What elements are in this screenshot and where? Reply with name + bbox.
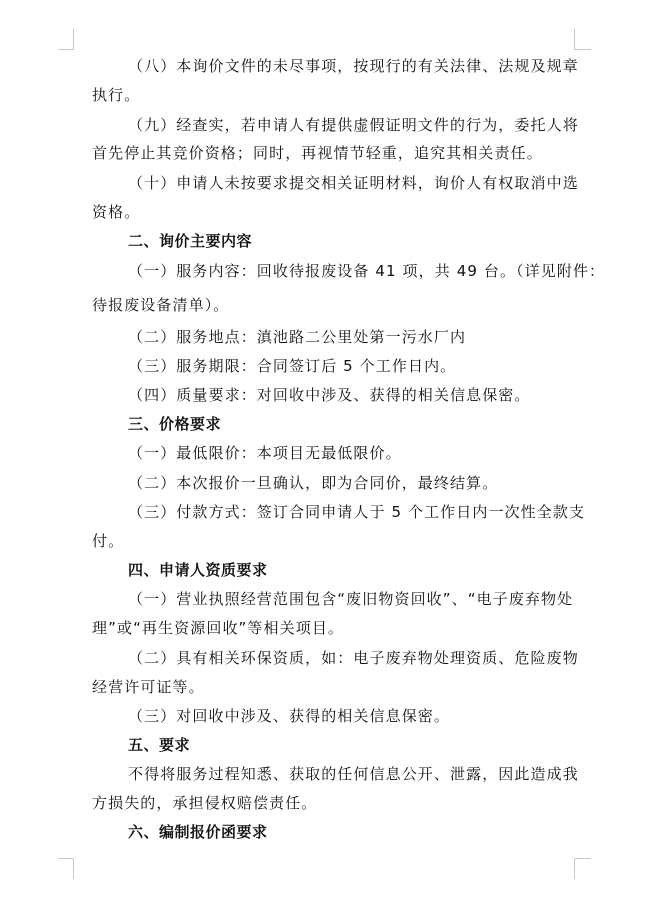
paragraph-10-line-1: （十）申请人未按要求提交相关证明材料，询价人有权取消中选 [128, 173, 628, 193]
minimum-price: （一）最低限价：本项目无最低限价。 [128, 443, 628, 463]
section-heading-2: 二、询价主要内容 [128, 231, 628, 251]
payment-method-line-2: 付。 [92, 531, 592, 551]
paragraph-8-line-2: 执行。 [92, 85, 592, 105]
business-license-line-2: 理”或“再生资源回收”等相关项目。 [92, 618, 592, 638]
section-heading-6: 六、编制报价函要求 [128, 822, 628, 842]
environmental-qualification-line-1: （二）具有相关环保资质，如：电子废弃物处理资质、危险废物 [128, 648, 628, 668]
service-content-line-2: 待报废设备清单）。 [92, 295, 592, 315]
section-heading-3: 三、价格要求 [128, 414, 628, 434]
section-heading-5: 五、要求 [128, 735, 628, 755]
quality-requirement: （四）质量要求：对回收中涉及、获得的相关信息保密。 [128, 385, 628, 405]
margin-corner-top-right [574, 29, 591, 50]
document-page: （八）本询价文件的未尽事项，按现行的有关法律、法规及规章 执行。 （九）经查实，… [0, 0, 663, 908]
paragraph-8-line-1: （八）本询价文件的未尽事项，按现行的有关法律、法规及规章 [128, 56, 628, 76]
paragraph-10-line-2: 资格。 [92, 202, 592, 222]
requirement-paragraph-line-1: 不得将服务过程知悉、获取的任何信息公开、泄露，因此造成我 [128, 764, 628, 784]
section-heading-4: 四、申请人资质要求 [128, 560, 628, 580]
service-location: （二）服务地点：滇池路二公里处第一污水厂内 [128, 327, 628, 347]
margin-corner-bottom-right [574, 858, 591, 879]
quote-confirmation: （二）本次报价一旦确认，即为合同价，最终结算。 [128, 473, 628, 493]
business-license-line-1: （一）营业执照经营范围包含“废旧物资回收”、“电子废弃物处 [128, 589, 628, 609]
margin-corner-bottom-left [58, 858, 74, 879]
margin-corner-top-left [58, 29, 74, 50]
service-period: （三）服务期限：合同签订后 5 个工作日内。 [128, 356, 628, 376]
paragraph-9-line-2: 首先停止其竞价资格；同时，再视情节轻重，追究其相关责任。 [92, 143, 592, 163]
payment-method-line-1: （三）付款方式：签订合同申请人于 5 个工作日内一次性全款支 [128, 502, 628, 522]
paragraph-9-line-1: （九）经查实，若申请人有提供虚假证明文件的行为，委托人将 [128, 115, 628, 135]
service-content-line-1: （一）服务内容：回收待报废设备 41 项，共 49 台。（详见附件： [128, 261, 628, 281]
environmental-qualification-line-2: 经营许可证等。 [92, 677, 592, 697]
requirement-paragraph-line-2: 方损失的，承担侵权赔偿责任。 [92, 793, 592, 813]
confidentiality-requirement: （三）对回收中涉及、获得的相关信息保密。 [128, 706, 628, 726]
